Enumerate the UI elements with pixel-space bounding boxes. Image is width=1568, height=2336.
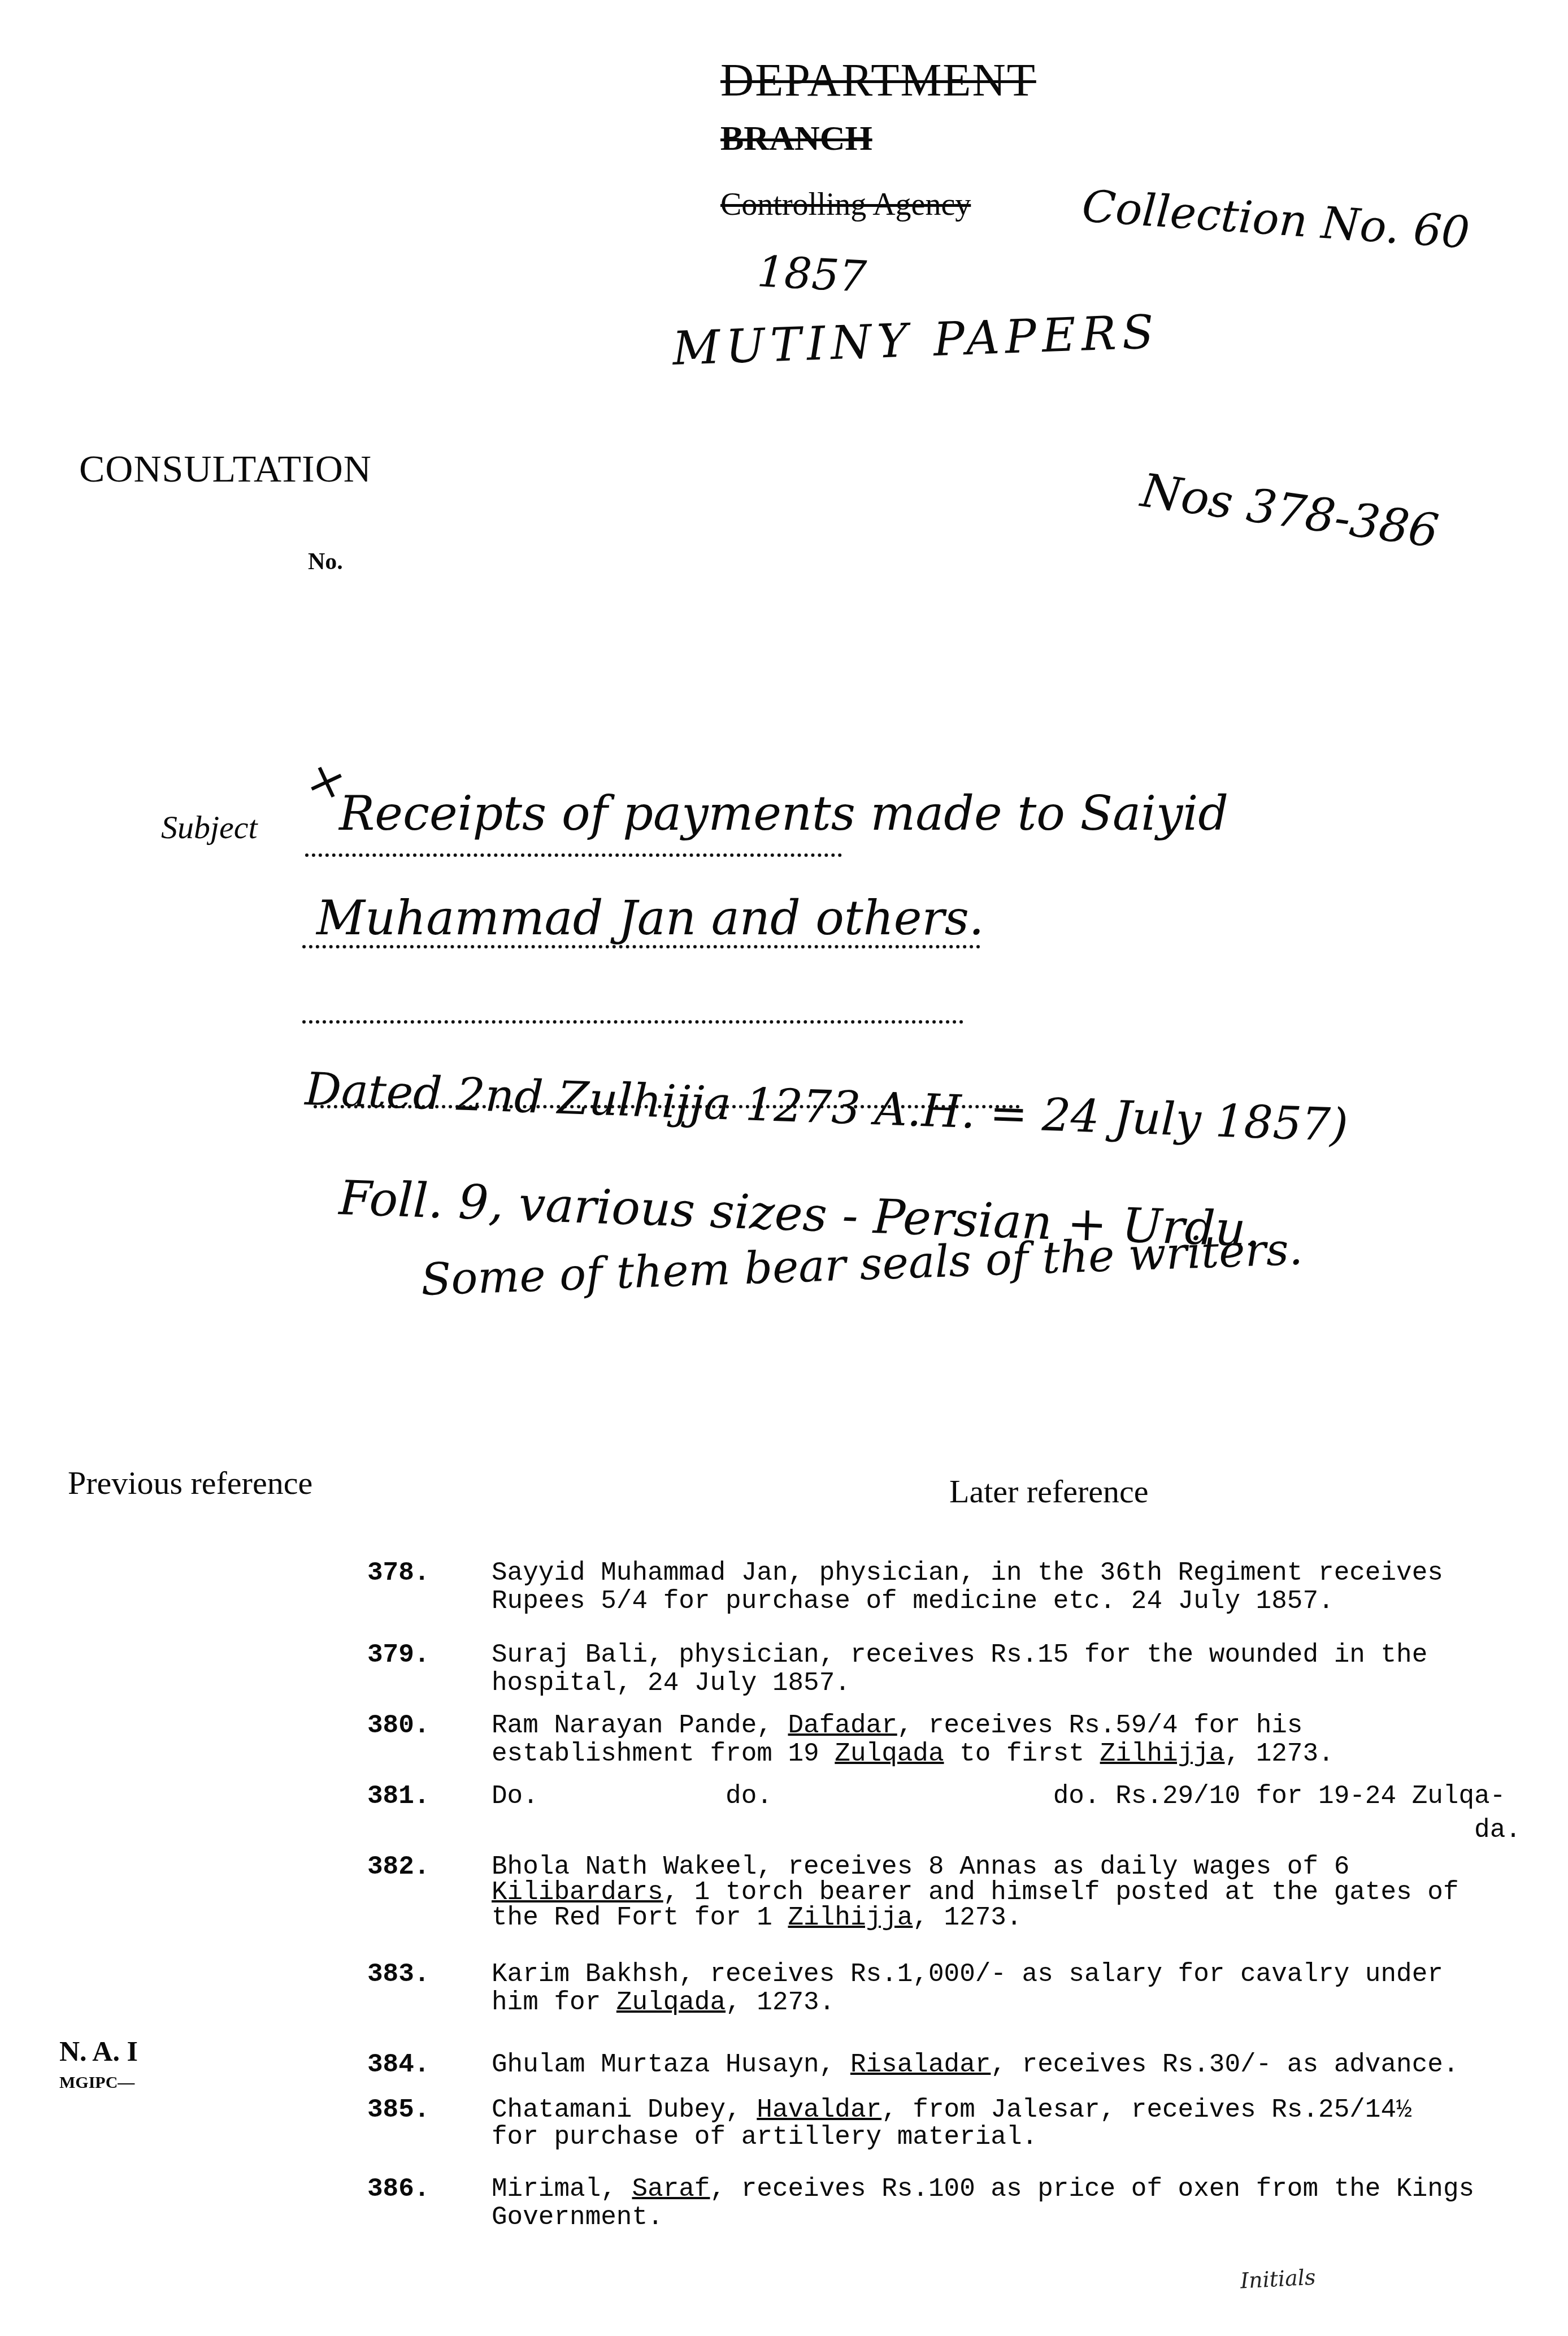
branch-label: BRANCH xyxy=(720,119,872,159)
subject-dotted-line-1 xyxy=(305,853,842,857)
entry-text: Do. do. do. Rs.29/10 for 19-24 Zulqa- da… xyxy=(492,1783,1565,1851)
entry-number: 383. xyxy=(367,1961,429,1987)
entry-line: Ghulam Murtaza Husayn, Risaladar, receiv… xyxy=(492,2052,1565,2078)
entry-text: Chatamani Dubey, Havaldar, from Jalesar,… xyxy=(492,2097,1565,2151)
entry-line: establishment from 19 Zulqada to first Z… xyxy=(492,1741,1565,1767)
later-reference-label: Later reference xyxy=(949,1472,1149,1510)
entry-line: Mirimal, Saraf, receives Rs.100 as price… xyxy=(492,2176,1565,2202)
entry-line: Rupees 5/4 for purchase of medicine etc.… xyxy=(492,1588,1565,1614)
entry-line: Ram Narayan Pande, Dafadar, receives Rs.… xyxy=(492,1713,1565,1739)
entry-line: Chatamani Dubey, Havaldar, from Jalesar,… xyxy=(492,2097,1565,2123)
entry-line: da. xyxy=(492,1817,1565,1843)
entry-number: 384. xyxy=(367,2052,429,2078)
entry-line: Suraj Bali, physician, receives Rs.15 fo… xyxy=(492,1642,1565,1668)
subject-label: Subject xyxy=(161,808,258,846)
entry-text: Ram Narayan Pande, Dafadar, receives Rs.… xyxy=(492,1713,1565,1769)
subject-text-line-2: Muhammad Jan and others. xyxy=(316,890,984,946)
archive-stamp: N. A. I xyxy=(59,2035,138,2068)
entry-line: Kilibardars, 1 torch bearer and himself … xyxy=(492,1879,1565,1905)
consultation-no-label: No. xyxy=(308,548,343,575)
entry-line: Sayyid Muhammad Jan, physician, in the 3… xyxy=(492,1560,1565,1586)
collection-title: MUTINY PAPERS xyxy=(672,305,1161,376)
consultation-label: CONSULTATION xyxy=(79,447,372,491)
printer-mark: MGIPC— xyxy=(59,2073,134,2092)
department-label: DEPARTMENT xyxy=(720,54,1036,107)
subject-dotted-line-3 xyxy=(302,1020,963,1024)
signature: Initials xyxy=(1240,2265,1316,2294)
entry-line: hospital, 24 July 1857. xyxy=(492,1670,1565,1696)
year-annotation: 1857 xyxy=(756,246,868,302)
entry-line: Do. do. do. Rs.29/10 for 19-24 Zulqa- xyxy=(492,1783,1565,1809)
entry-number: 380. xyxy=(367,1713,429,1739)
subject-text-line-1: Receipts of payments made to Saiyid xyxy=(339,786,1228,841)
entry-line: Government. xyxy=(492,2204,1565,2230)
entry-number: 382. xyxy=(367,1854,429,1880)
previous-reference-label: Previous reference xyxy=(68,1464,312,1502)
entry-text: Suraj Bali, physician, receives Rs.15 fo… xyxy=(492,1642,1565,1698)
entry-number: 385. xyxy=(367,2097,429,2123)
entry-number: 381. xyxy=(367,1783,429,1809)
entry-line: him for Zulqada, 1273. xyxy=(492,1990,1565,2016)
entry-number: 378. xyxy=(367,1560,429,1586)
consultation-numbers: Nos 378-386 xyxy=(1137,463,1441,558)
entry-text: Bhola Nath Wakeel, receives 8 Annas as d… xyxy=(492,1854,1565,1930)
entry-line: Bhola Nath Wakeel, receives 8 Annas as d… xyxy=(492,1854,1565,1880)
controlling-agency-label: Controlling Agency xyxy=(720,187,971,223)
entry-number: 386. xyxy=(367,2176,429,2202)
collection-number: Collection No. 60 xyxy=(1080,181,1471,259)
entry-line: the Red Fort for 1 Zilhijja, 1273. xyxy=(492,1905,1565,1931)
entry-line: Karim Bakhsh, receives Rs.1,000/- as sal… xyxy=(492,1961,1565,1987)
entry-number: 379. xyxy=(367,1642,429,1668)
dated-annotation: Dated 2nd Zulhijja 1273 A.H. = 24 July 1… xyxy=(304,1063,1349,1151)
entry-text: Karim Bakhsh, receives Rs.1,000/- as sal… xyxy=(492,1961,1565,2018)
entry-text: Sayyid Muhammad Jan, physician, in the 3… xyxy=(492,1560,1565,1616)
entry-text: Ghulam Murtaza Husayn, Risaladar, receiv… xyxy=(492,2052,1565,2080)
entry-line: for purchase of artillery material. xyxy=(492,2124,1565,2150)
entry-text: Mirimal, Saraf, receives Rs.100 as price… xyxy=(492,2176,1565,2233)
